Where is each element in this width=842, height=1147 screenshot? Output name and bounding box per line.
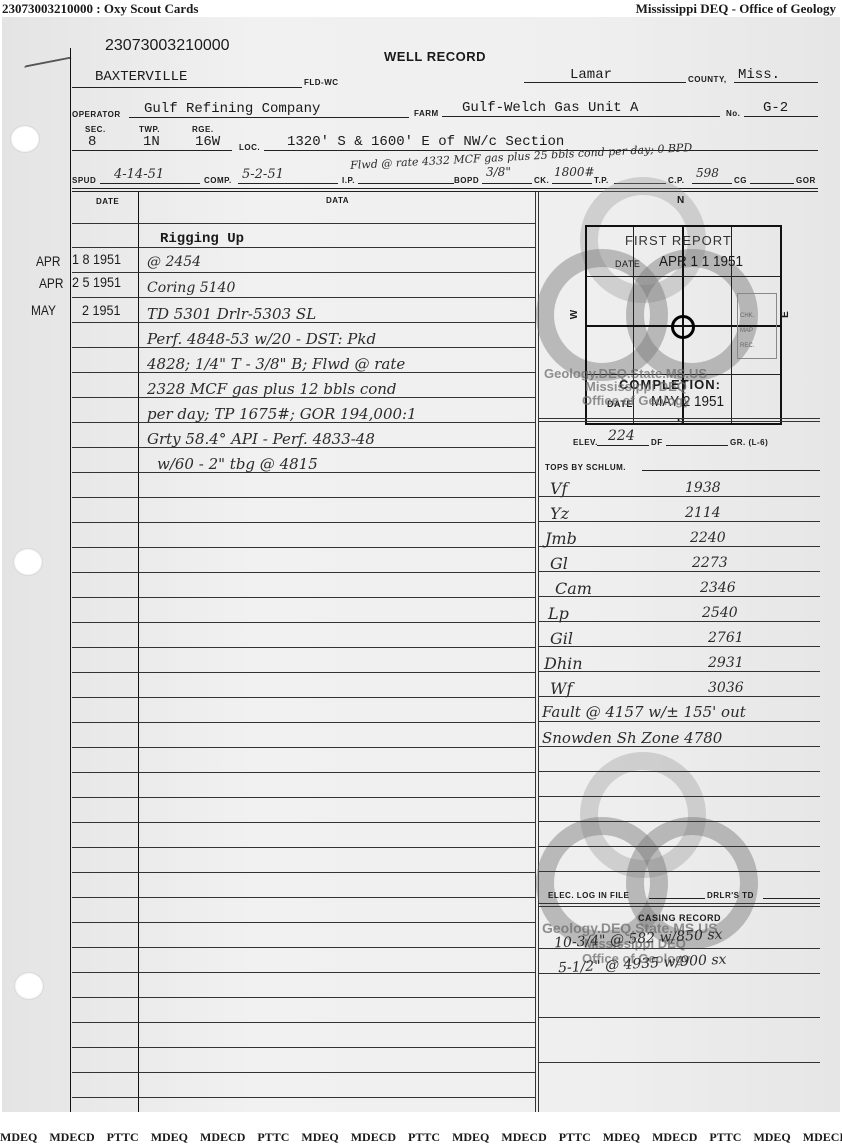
well-location-marker-icon bbox=[671, 315, 695, 339]
ck-label: CK. bbox=[534, 176, 549, 185]
tops-label: TOPS BY SCHLUM. bbox=[545, 463, 626, 472]
spud-value: 4-14-51 bbox=[114, 167, 164, 182]
ck-value: 1800# bbox=[554, 165, 595, 179]
formation-name: Wf bbox=[550, 679, 572, 698]
state-value: Miss. bbox=[738, 67, 780, 83]
log-entry-text: Grty 58.4° API - Perf. 4833-48 bbox=[147, 430, 375, 448]
date-header: DATE bbox=[96, 197, 119, 206]
twp-value: 1N bbox=[143, 134, 160, 150]
tops-note: Snowden Sh Zone 4780 bbox=[542, 729, 722, 747]
log-entry-text: Coring 5140 bbox=[147, 280, 235, 296]
first-report-date: APR 1 1 1951 bbox=[659, 253, 743, 270]
plat-east: E bbox=[780, 311, 791, 318]
punch-hole bbox=[10, 125, 40, 153]
farm-label: FARM bbox=[414, 109, 439, 118]
county-label: COUNTY, bbox=[688, 75, 727, 84]
formation-depth: 2273 bbox=[692, 555, 728, 571]
data-header: DATA bbox=[326, 196, 349, 205]
log-entry-date: 2 1951 bbox=[82, 302, 121, 318]
log-entry-date: 2 5 1951 bbox=[72, 274, 121, 290]
first-report-date-label: DATE bbox=[615, 259, 640, 269]
date-column-divider bbox=[138, 192, 139, 1112]
data-column-divider bbox=[535, 192, 536, 1112]
loc-label: LOC. bbox=[239, 143, 260, 152]
formation-name: Cam bbox=[555, 579, 592, 598]
bopd-label: BOPD bbox=[454, 176, 479, 185]
punch-hole bbox=[14, 972, 44, 1000]
plat-west: W bbox=[569, 310, 580, 319]
operator-label: OPERATOR bbox=[72, 110, 121, 119]
scout-card-scan: 23073003210000 WELL RECORD BAXTERVILLE F… bbox=[2, 17, 840, 1112]
sec-value: 8 bbox=[88, 134, 96, 150]
viewer-header: 23073003210000 : Oxy Scout Cards Mississ… bbox=[0, 0, 842, 17]
elevation-value: 224 bbox=[608, 428, 635, 444]
formation-name: Gil bbox=[550, 629, 573, 648]
staple-mark bbox=[24, 56, 72, 70]
api-number: 23073003210000 bbox=[105, 37, 230, 55]
log-entry-text: Rigging Up bbox=[160, 231, 244, 247]
formation-name: Lp bbox=[548, 604, 569, 623]
rge-label: RGE. bbox=[192, 125, 214, 134]
elec-log-label: ELEC. LOG IN FILE bbox=[548, 891, 629, 900]
watermark-text: Office of Geology bbox=[582, 393, 690, 408]
formation-name: Jmb bbox=[545, 529, 577, 548]
county-value: Lamar bbox=[570, 67, 612, 83]
rge-value: 16W bbox=[195, 134, 220, 150]
log-entry-text: per day; TP 1675#; GOR 194,000:1 bbox=[147, 405, 417, 423]
drillers-td-label: DRLR'S TD bbox=[707, 891, 754, 900]
formation-depth: 2240 bbox=[690, 530, 726, 546]
card-left-border bbox=[70, 48, 71, 1112]
log-entry-text: 4828; 1/4" T - 3/8" B; Flwd @ rate bbox=[147, 355, 405, 373]
formation-name: Dhin bbox=[544, 654, 583, 673]
comp-label: COMP. bbox=[204, 176, 232, 185]
log-entry-text: @ 2454 bbox=[147, 254, 201, 270]
spud-label: SPUD bbox=[72, 176, 96, 185]
field-label: FLD-WC bbox=[304, 78, 339, 87]
operator-value: Gulf Refining Company bbox=[144, 101, 320, 117]
log-entry-date: 1 8 1951 bbox=[72, 251, 121, 267]
log-entry-text: Perf. 4848-53 w/20 - DST: Pkd bbox=[147, 330, 376, 348]
elevation-label: ELEV. bbox=[573, 438, 598, 447]
log-entry-month: APR bbox=[36, 253, 60, 269]
cg-label: CG bbox=[734, 176, 747, 185]
punch-hole bbox=[13, 548, 43, 576]
tops-note: Fault @ 4157 w/± 155' out bbox=[542, 703, 746, 721]
agency-title: Mississippi DEQ - Office of Geology bbox=[636, 0, 836, 17]
formation-depth: 2346 bbox=[700, 580, 736, 596]
elevation-gr-label: GR. (L-6) bbox=[730, 438, 768, 447]
log-entry-month: MAY bbox=[31, 302, 56, 318]
cp-value: 598 bbox=[696, 166, 719, 180]
check-stamp: CHK. MAP REC. bbox=[737, 293, 777, 359]
document-title: 23073003210000 : Oxy Scout Cards bbox=[2, 0, 198, 17]
watermark-text: Mississippi DEQ bbox=[585, 379, 687, 394]
elevation-df-label: DF bbox=[651, 438, 663, 447]
well-no-value: G-2 bbox=[763, 100, 788, 116]
formation-name: Vf bbox=[550, 479, 567, 498]
first-report-label: FIRST REPORT bbox=[625, 233, 732, 248]
plat-north: N bbox=[677, 195, 684, 206]
formation-depth: 2114 bbox=[685, 505, 721, 521]
log-entry-month: APR bbox=[39, 275, 63, 291]
tp-label: T.P. bbox=[594, 176, 609, 185]
footer-banner: MDEQMDECDPTTCMDEQMDECDPTTCMDEQMDECDPTTCM… bbox=[0, 1128, 842, 1147]
log-entry-text: w/60 - 2" tbg @ 4815 bbox=[157, 455, 318, 473]
formation-name: Gl bbox=[550, 554, 568, 573]
well-no-label: No. bbox=[726, 109, 740, 118]
field-value: BAXTERVILLE bbox=[95, 69, 187, 85]
twp-label: TWP. bbox=[139, 125, 160, 134]
farm-value: Gulf-Welch Gas Unit A bbox=[462, 100, 638, 116]
gor-label: GOR bbox=[796, 176, 816, 185]
log-entry-text: TD 5301 Drlr-5303 SL bbox=[147, 305, 316, 323]
bopd-value: 3/8" bbox=[486, 165, 511, 179]
formation-depth: 2931 bbox=[708, 655, 744, 671]
form-title: WELL RECORD bbox=[384, 49, 486, 64]
log-entry-text: 2328 MCF gas plus 12 bbls cond bbox=[147, 380, 397, 398]
formation-depth: 3036 bbox=[708, 680, 744, 696]
formation-depth: 2761 bbox=[708, 630, 744, 646]
formation-depth: 1938 bbox=[685, 480, 721, 496]
loc-value: 1320' S & 1600' E of NW/c Section bbox=[287, 134, 564, 150]
formation-name: Yz bbox=[550, 504, 569, 523]
formation-depth: 2540 bbox=[702, 605, 738, 621]
ip-label: I.P. bbox=[342, 176, 355, 185]
sec-label: SEC. bbox=[85, 125, 106, 134]
comp-value: 5-2-51 bbox=[242, 167, 284, 182]
